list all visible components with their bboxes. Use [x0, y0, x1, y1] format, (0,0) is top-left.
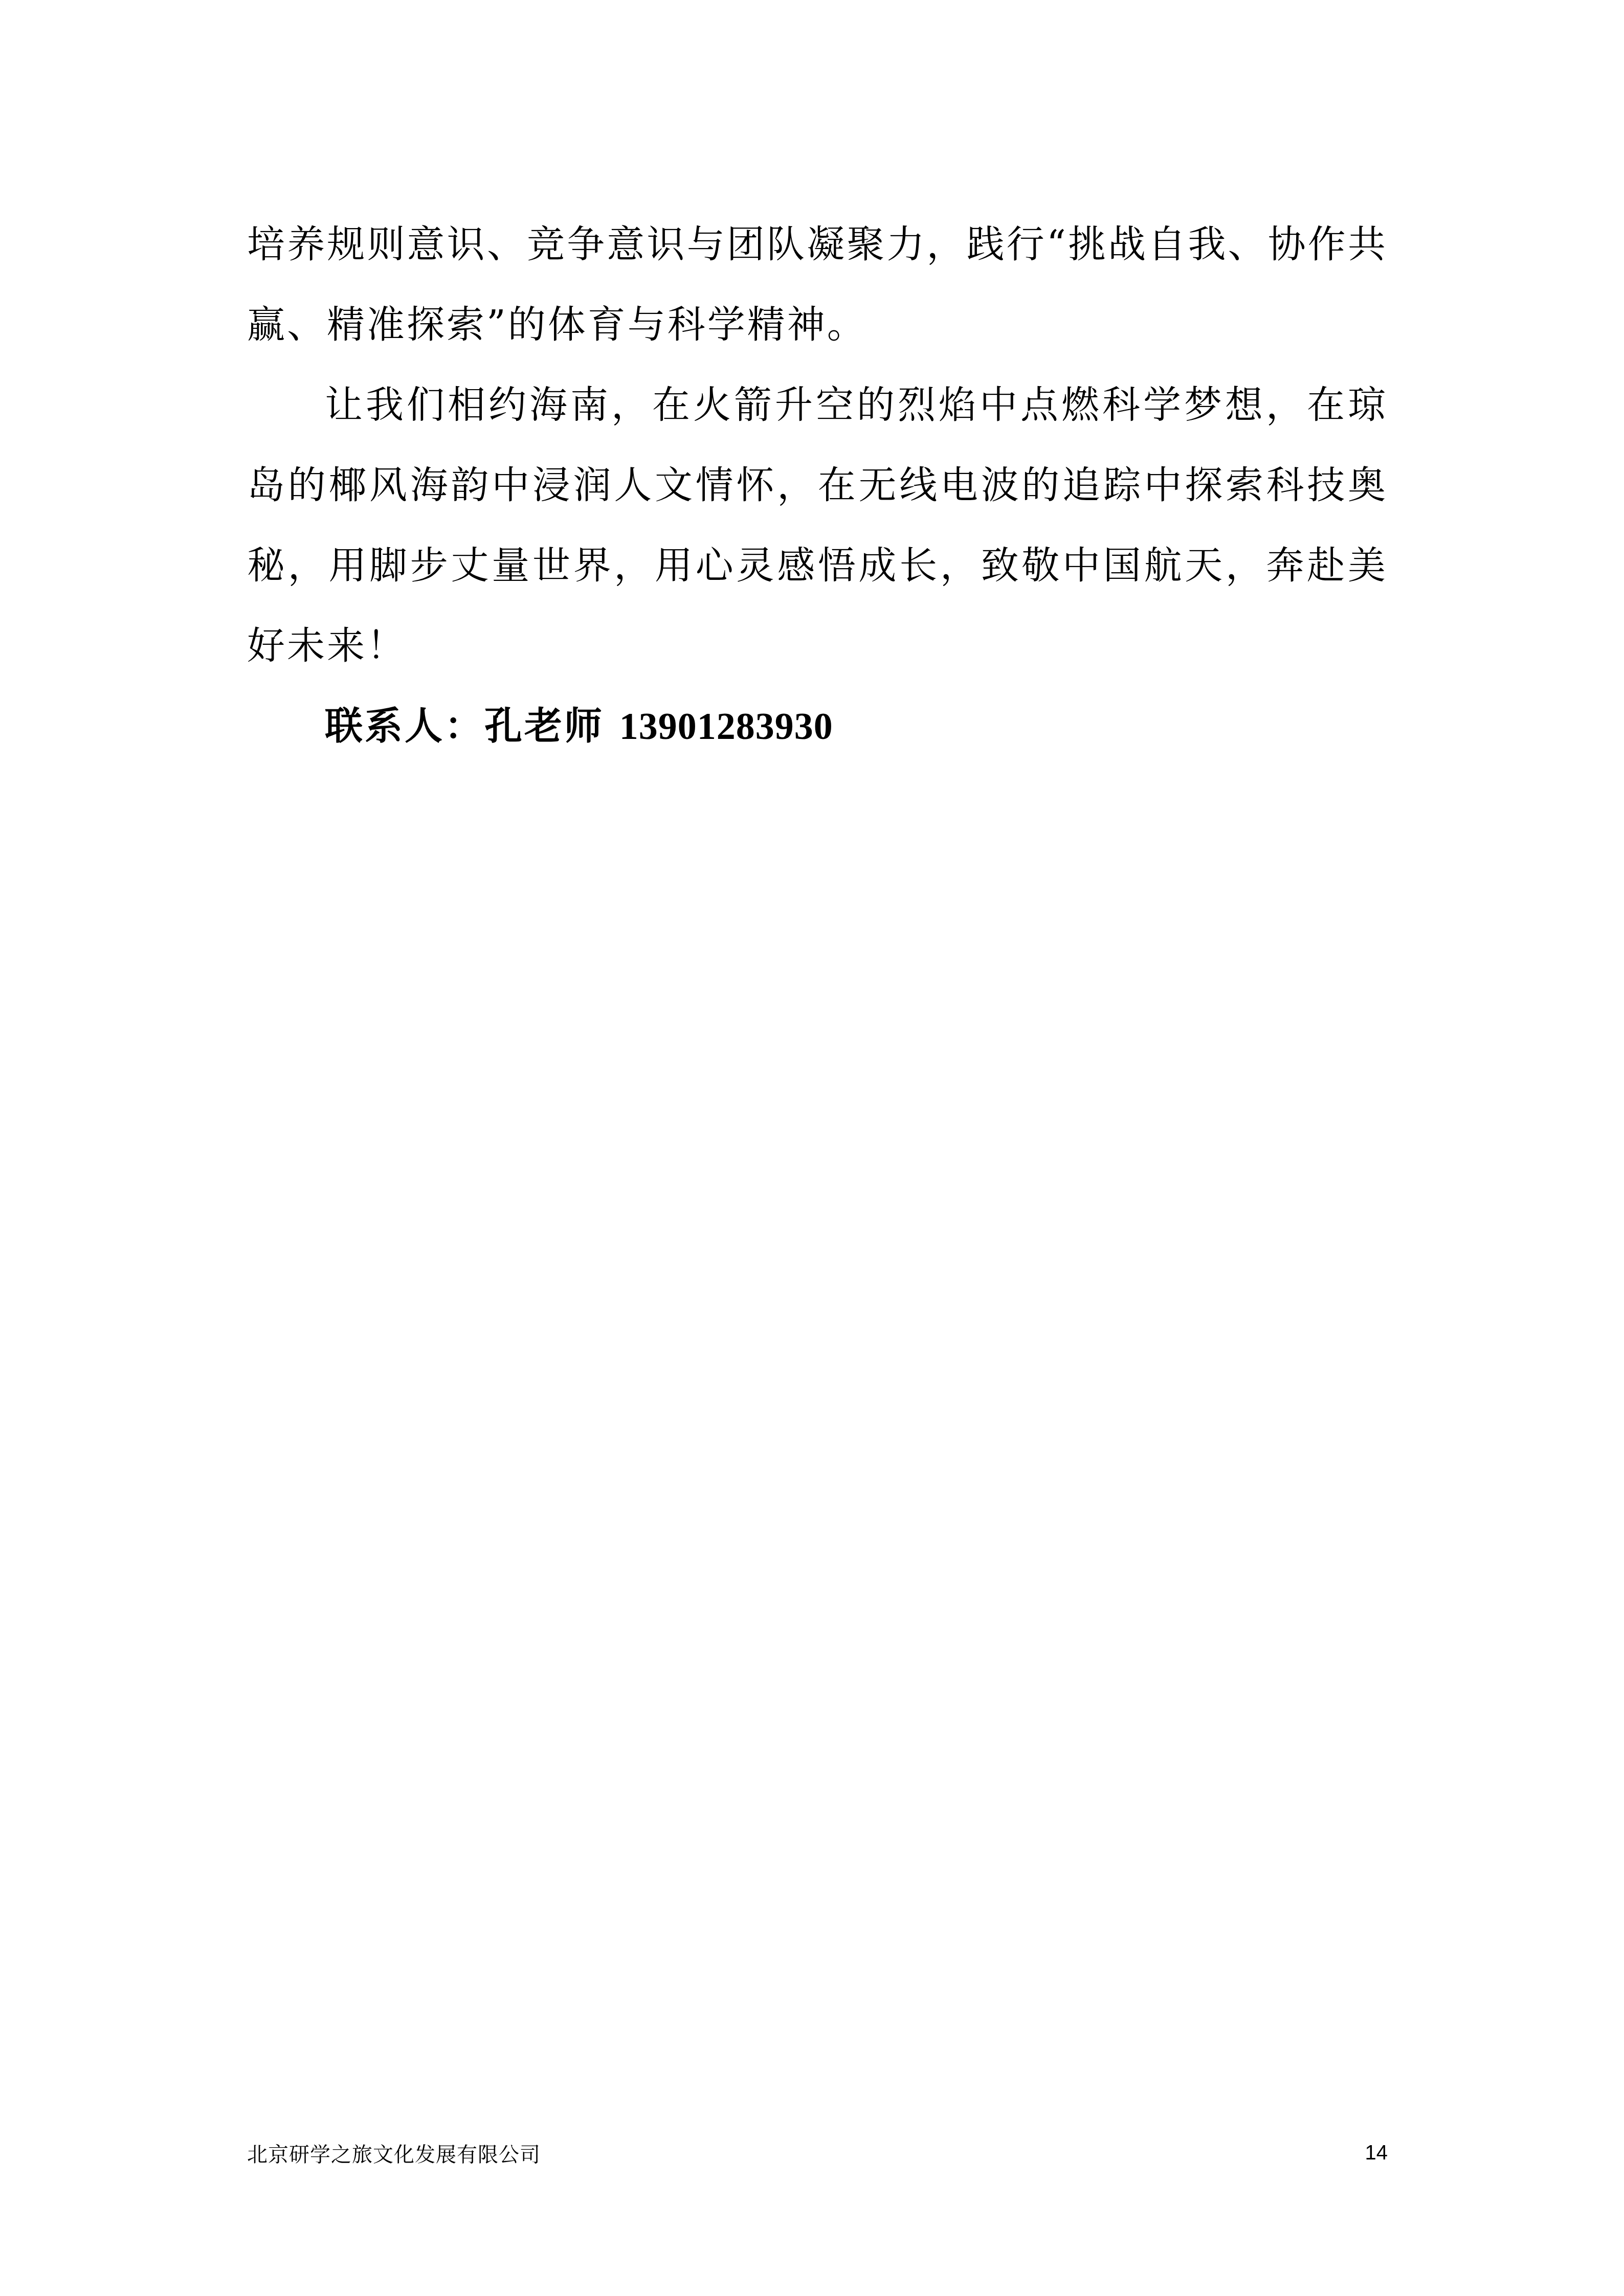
paragraph-spirit: 培养规则意识、竞争意识与团队凝聚力，践行“挑战自我、协作共赢、精准探索”的体育与… — [247, 205, 1388, 365]
contact-phone: 13901283930 — [619, 706, 833, 748]
footer-company-name: 北京研学之旅文化发展有限公司 — [247, 2139, 541, 2168]
page-footer: 北京研学之旅文化发展有限公司 14 — [247, 2137, 1388, 2168]
document-page: 培养规则意识、竞争意识与团队凝聚力，践行“挑战自我、协作共赢、精准探索”的体育与… — [0, 0, 1624, 2296]
paragraph-invitation: 让我们相约海南，在火箭升空的烈焰中点燃科学梦想，在琼岛的椰风海韵中浸润人文情怀，… — [247, 365, 1388, 686]
contact-label: 联系人：孔老师 — [325, 704, 604, 748]
page-number: 14 — [1365, 2142, 1388, 2165]
contact-line: 联系人：孔老师 13901283930 — [247, 686, 1388, 767]
body-text: 培养规则意识、竞争意识与团队凝聚力，践行“挑战自我、协作共赢、精准探索”的体育与… — [247, 205, 1388, 767]
